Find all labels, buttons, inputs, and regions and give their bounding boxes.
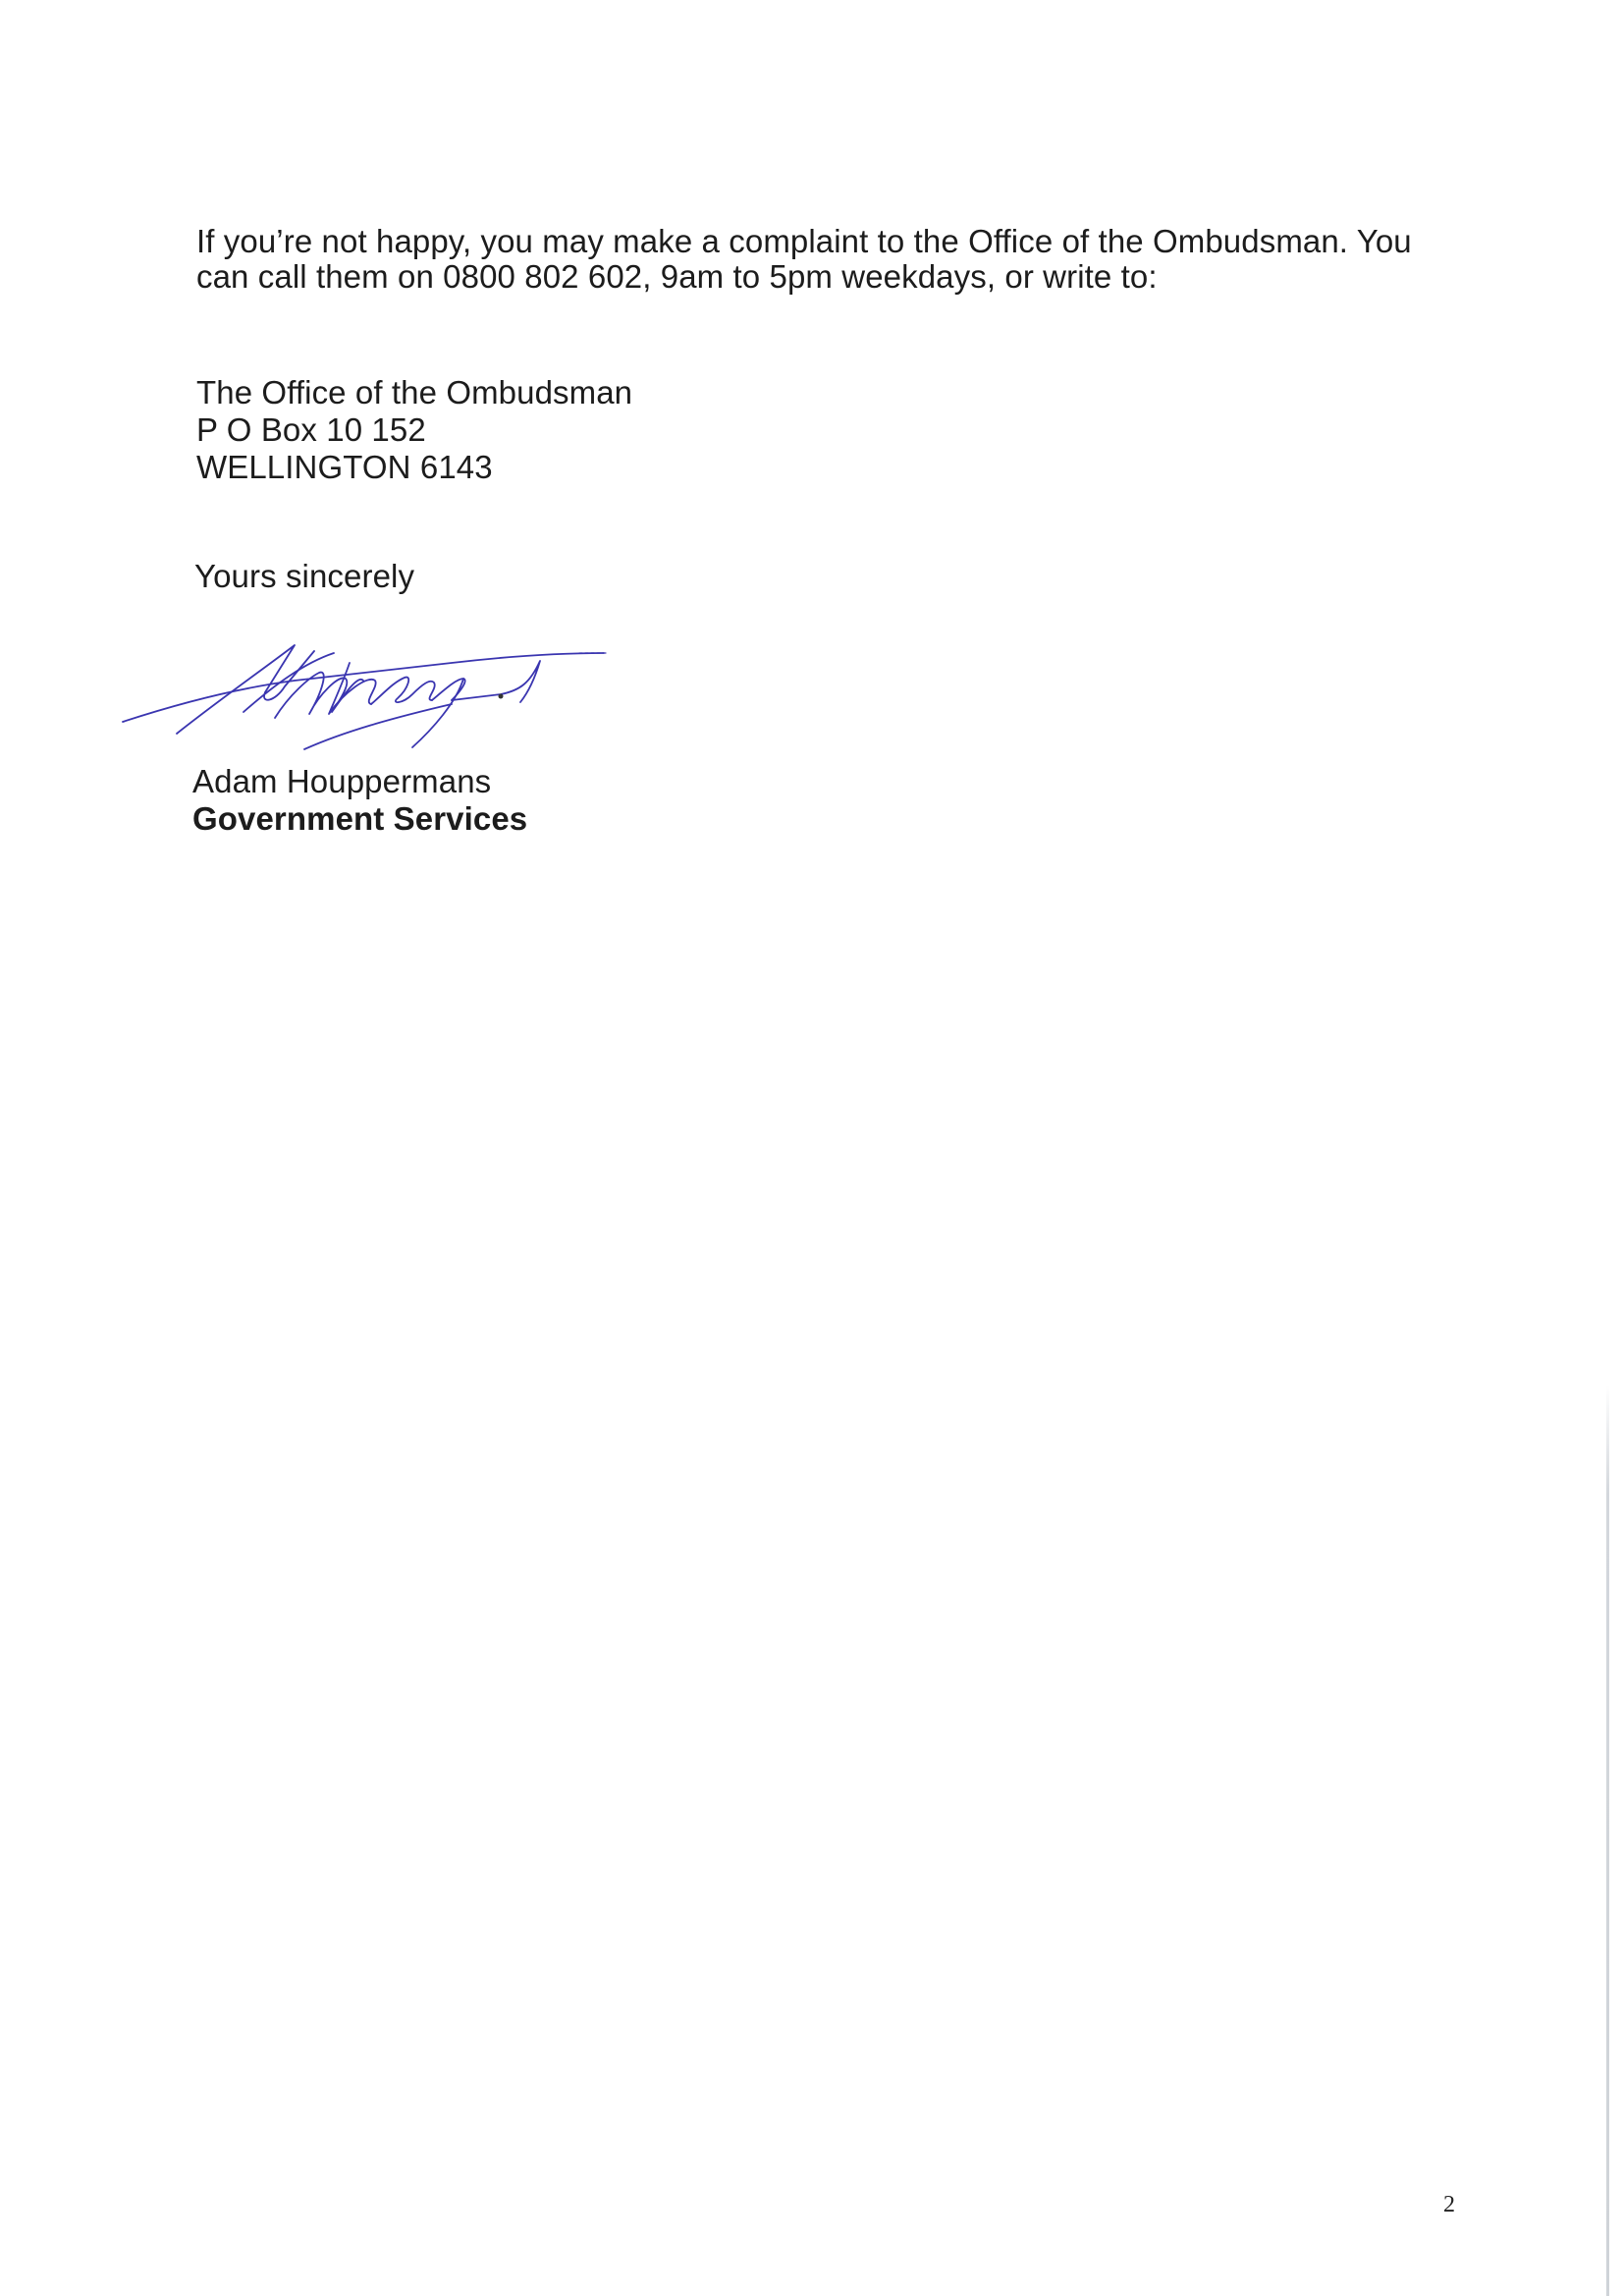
address-line-po-box: P O Box 10 152: [196, 411, 632, 449]
letter-page: If you’re not happy, you may make a comp…: [0, 0, 1623, 2296]
closing-salutation: Yours sincerely: [194, 559, 414, 594]
address-line-city: WELLINGTON 6143: [196, 449, 632, 486]
page-number: 2: [1443, 2192, 1455, 2218]
complaint-paragraph: If you’re not happy, you may make a comp…: [196, 224, 1453, 295]
signatory-block: Adam Houppermans Government Services: [192, 763, 527, 838]
paragraph-line: If you’re not happy, you may make a comp…: [196, 224, 1453, 259]
signature-icon: [118, 624, 628, 761]
paragraph-line: can call them on 0800 802 602, 9am to 5p…: [196, 259, 1453, 295]
ombudsman-address: The Office of the Ombudsman P O Box 10 1…: [196, 374, 632, 486]
signatory-department: Government Services: [192, 800, 527, 838]
scan-edge-line: [1606, 1385, 1609, 2296]
signatory-name: Adam Houppermans: [192, 763, 527, 800]
address-line-organisation: The Office of the Ombudsman: [196, 374, 632, 411]
